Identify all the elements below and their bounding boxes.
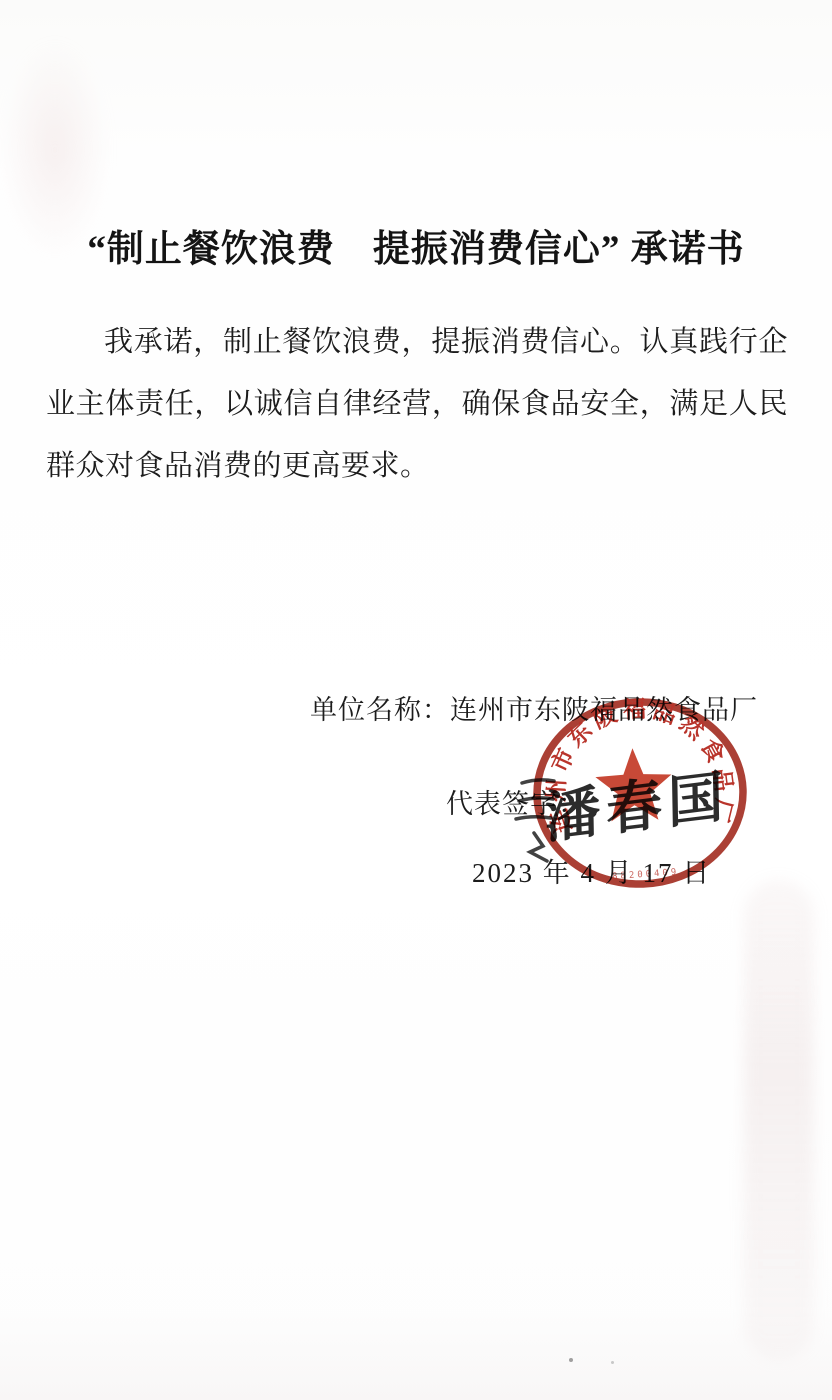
commitment-paragraph: 我承诺，制止餐饮浪费，提振消费信心。认真践行企业主体责任，以诚信自律经营，确保食… — [46, 311, 788, 497]
signature-handwriting: 潘春国 — [500, 735, 760, 875]
signature-name: 潘春国 — [544, 766, 730, 851]
document-title: “制止餐饮浪费 提振消费信心” 承诺书 — [0, 218, 832, 272]
paper-shading-bottom — [0, 1310, 832, 1400]
paper-speck — [611, 1361, 614, 1364]
paper-shading-right-streak — [744, 880, 814, 1360]
document-page: “制止餐饮浪费 提振消费信心” 承诺书 我承诺，制止餐饮浪费，提振消费信心。认真… — [0, 0, 832, 1400]
paper-speck — [569, 1358, 573, 1362]
